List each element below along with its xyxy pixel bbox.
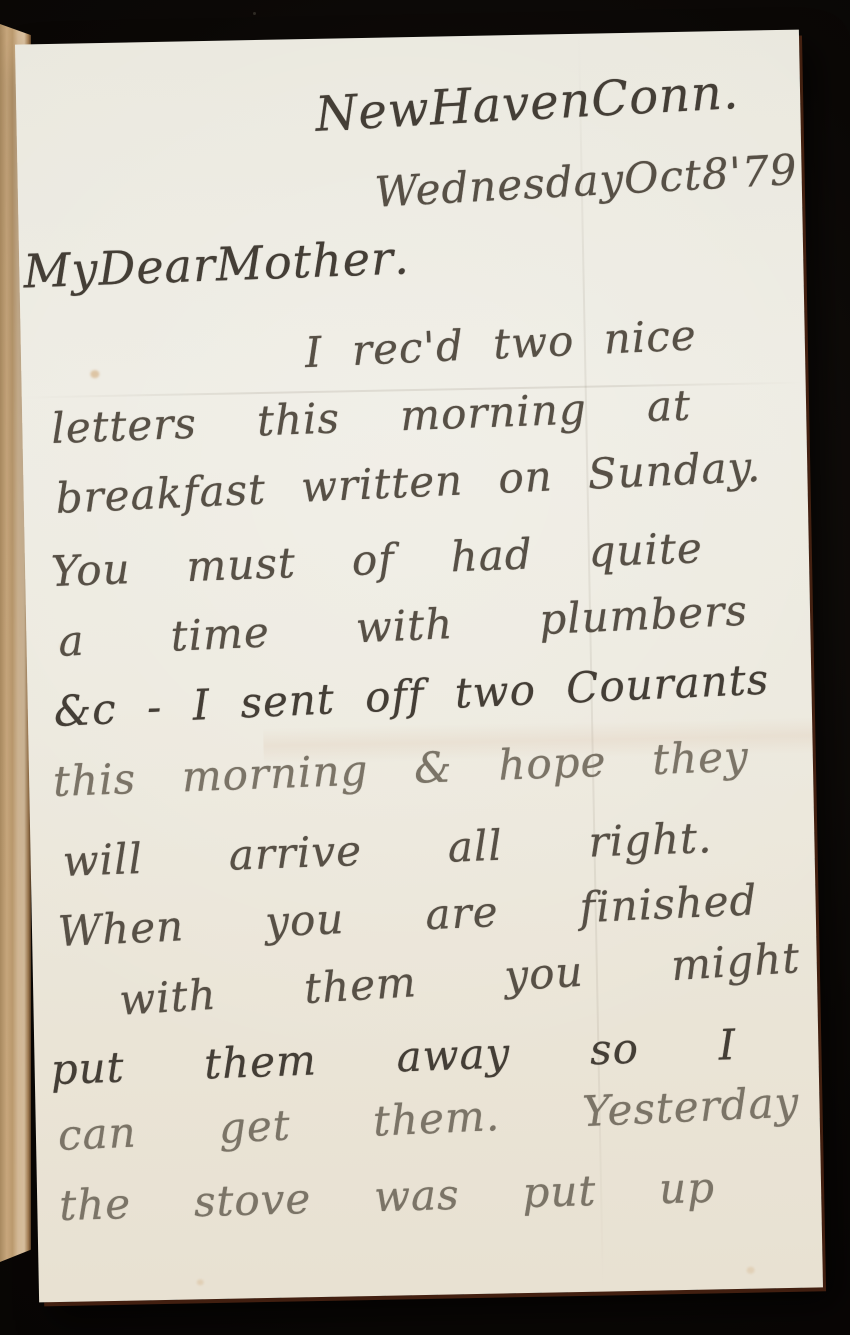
handwritten-line-7: Youmustofhadquite (50, 526, 703, 594)
handwritten-line-2: WednesdayOct8'79 (374, 150, 762, 215)
handwritten-word: two (454, 668, 537, 716)
handwritten-word: letters (51, 402, 198, 451)
handwritten-word: nice (603, 313, 698, 361)
handwritten-word: all (447, 824, 503, 870)
handwritten-word: are (425, 890, 500, 937)
handwritten-word: 8 (701, 152, 731, 198)
handwritten-word: must (186, 541, 297, 589)
handwritten-word: so (589, 1027, 639, 1073)
handwritten-word: two (492, 319, 575, 367)
handwritten-word: & (413, 745, 453, 790)
handwritten-word: written (300, 458, 464, 509)
handwritten-line-6: breakfastwrittenonSunday. (55, 445, 762, 521)
handwritten-word: will (62, 837, 144, 884)
handwritten-word: them (303, 960, 418, 1011)
handwritten-word: get (218, 1103, 292, 1150)
handwritten-word: was (373, 1173, 460, 1219)
handwritten-word: When (57, 904, 185, 954)
handwritten-line-5: lettersthismorningat (51, 384, 692, 452)
handwritten-word: rec'd (351, 324, 465, 373)
handwritten-word: Wednesday (374, 157, 626, 215)
handwritten-word: this (52, 757, 136, 804)
handwritten-word: them. (372, 1094, 501, 1144)
handwritten-word: quite (588, 526, 704, 574)
handwritten-word: New (314, 84, 431, 141)
handwritten-word: on (497, 454, 553, 501)
handwritten-word: Haven (428, 75, 592, 134)
handwritten-word: stove (193, 1177, 311, 1224)
handwritten-word: them (203, 1038, 317, 1086)
handwritten-word: put (50, 1045, 125, 1092)
dust-speck (253, 12, 256, 15)
handwritten-line-4: Irec'dtwonice (304, 313, 698, 375)
handwritten-word: arrive (228, 829, 363, 878)
handwritten-word: '79 (728, 148, 798, 196)
handwritten-word: this (256, 396, 340, 443)
handwritten-word: might (670, 936, 802, 988)
handwritten-word: My (22, 245, 99, 296)
handwritten-word: with (355, 602, 454, 650)
handwritten-word: up (658, 1166, 715, 1212)
handwritten-word: I (304, 330, 324, 375)
handwritten-word: Courants (565, 658, 770, 711)
handwritten-word: can (57, 1110, 138, 1158)
handwritten-line-12: Whenyouarefinished (57, 878, 758, 954)
handwritten-word: morning (399, 387, 587, 438)
photograph-of-letter: NewHavenConn.WednesdayOct8'79MyDearMothe… (0, 0, 850, 1335)
handwritten-line-8: atimewithplumbers (57, 589, 748, 664)
handwritten-word: right. (588, 816, 713, 865)
handwritten-word: I (718, 1023, 737, 1068)
handwritten-word: off (364, 673, 425, 720)
handwritten-word: a (57, 619, 85, 664)
handwriting-layer: NewHavenConn.WednesdayOct8'79MyDearMothe… (15, 30, 823, 1303)
handwritten-word: you (503, 950, 585, 999)
handwritten-word: time (170, 610, 271, 659)
handwritten-word: had (450, 532, 534, 579)
handwritten-word: Mother (215, 234, 395, 289)
handwritten-word: away (396, 1031, 511, 1079)
handwritten-word: they (651, 735, 749, 783)
handwritten-line-10: thismorning&hopethey (52, 735, 749, 805)
handwritten-word: the (59, 1182, 132, 1228)
handwritten-word: - (146, 685, 163, 730)
handwritten-word: morning (181, 749, 369, 800)
handwritten-word: I (192, 683, 212, 728)
handwritten-word: put (522, 1169, 597, 1215)
handwritten-word: sent (240, 677, 336, 725)
letter-paper: NewHavenConn.WednesdayOct8'79MyDearMothe… (15, 30, 823, 1303)
handwritten-word: Yesterday (581, 1080, 800, 1134)
handwritten-word: you (264, 897, 345, 945)
handwritten-line-13: withthemyoumight (118, 936, 801, 1023)
handwritten-line-16: thestovewasputup (59, 1166, 716, 1228)
handwritten-word: of (351, 537, 395, 583)
handwritten-line-3: MyDearMother. (22, 236, 342, 296)
handwritten-word: &c (53, 687, 118, 734)
handwritten-word: Dear (98, 240, 217, 293)
handwritten-word: at (646, 384, 692, 430)
handwritten-word: breakfast (55, 467, 267, 521)
handwritten-word: finished (579, 878, 759, 930)
handwritten-word: hope (498, 740, 608, 788)
handwritten-word: You (50, 547, 131, 594)
handwritten-line-11: willarriveallright. (62, 816, 713, 884)
handwritten-line-1: NewHavenConn. (314, 70, 676, 140)
handwritten-word: Oct (623, 153, 703, 201)
handwritten-line-15: cangetthem.Yesterday (57, 1080, 800, 1158)
handwritten-word: Sunday. (587, 445, 762, 497)
handwritten-word: with (118, 973, 218, 1023)
handwritten-line-9: &c-IsentofftwoCourants (53, 658, 770, 735)
handwritten-word: Conn. (590, 67, 740, 125)
handwritten-line-14: putthemawaysoI (50, 1023, 737, 1092)
handwritten-word: . (393, 233, 410, 282)
handwritten-word: plumbers (538, 589, 748, 643)
